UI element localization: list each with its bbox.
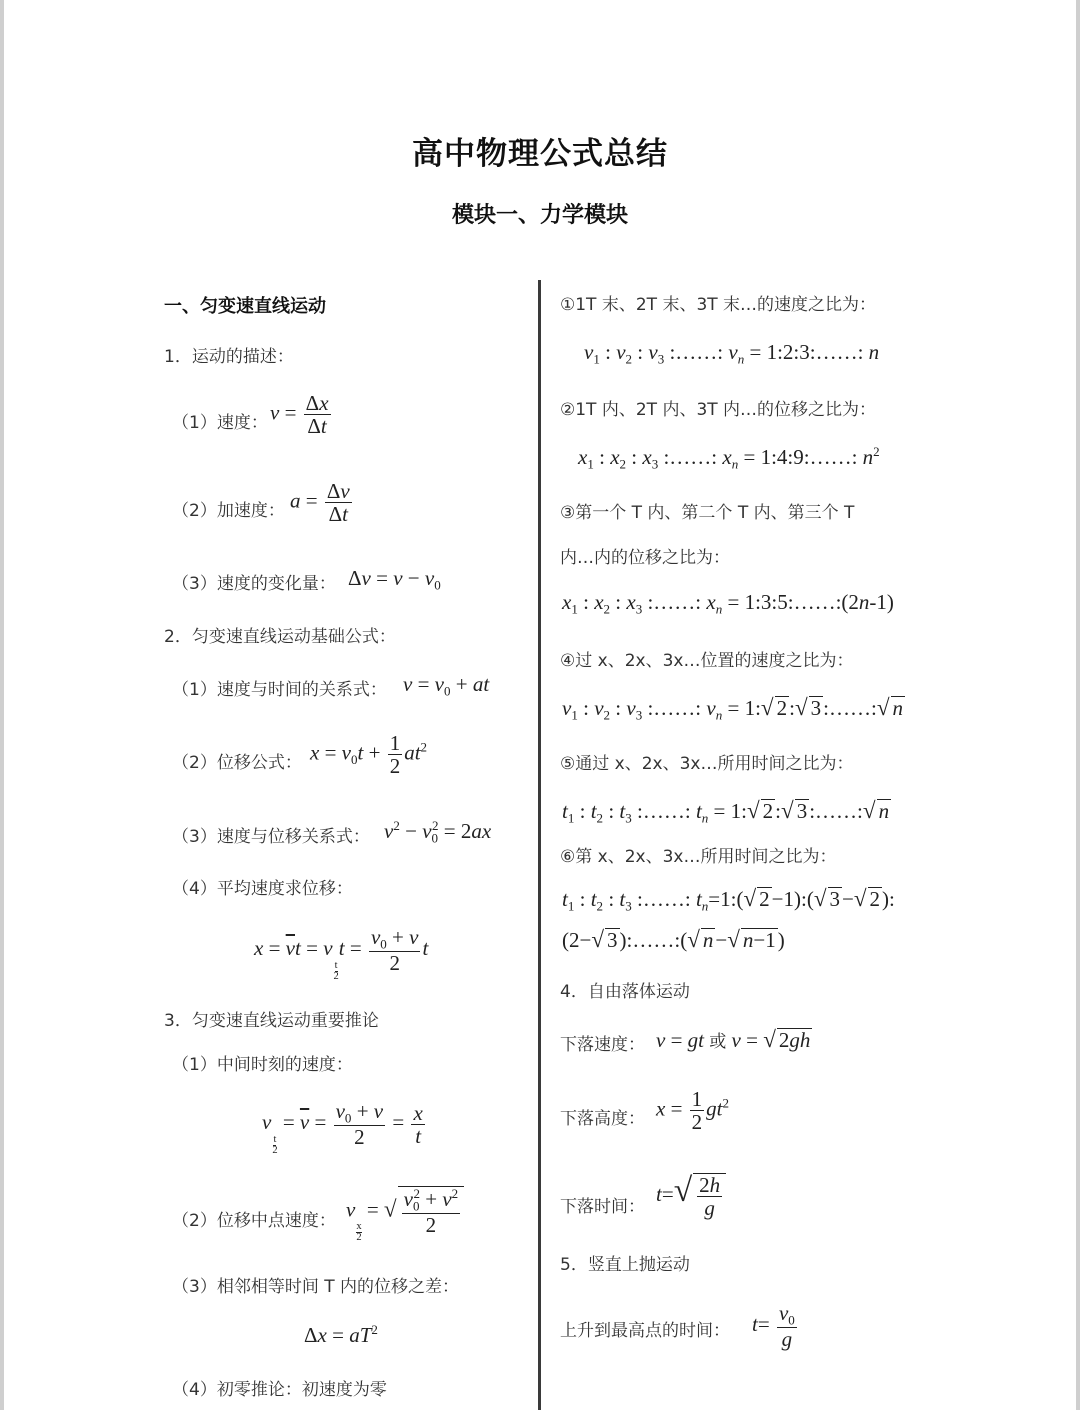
item-label: （4）初零推论：初速度为零 xyxy=(172,1375,387,1400)
subsection-heading-3: 3．匀变速直线运动重要推论 xyxy=(164,1006,379,1031)
formula-mid-position-velocity: vx2 = √v02 + v22 xyxy=(346,1186,464,1244)
section-heading: 一、匀变速直线运动 xyxy=(164,292,326,318)
formula-fall-velocity: v = gt 或 v = √2gh xyxy=(656,1026,812,1053)
ratio-label-2: ②1T 内、2T 内、3T 内…的位移之比为： xyxy=(560,395,876,420)
formula-velocity: v = ΔxΔt xyxy=(270,392,333,437)
item-label: （1）速度与时间的关系式： xyxy=(172,675,387,700)
item-label: （3）速度的变化量： xyxy=(172,569,336,594)
item-label: 下落时间： xyxy=(560,1192,645,1217)
item-label: （1）速度： xyxy=(172,408,268,433)
document-title: 高中物理公式总结 xyxy=(0,128,1080,173)
formula-velocity-displacement: v2 − v02 = 2ax xyxy=(384,818,491,846)
formula-velocity-time: v = v0 + at xyxy=(403,672,489,700)
formula-ratio-6-line1: t1 : t2 : t3 :……: tn=1:(√2−1):(√3−√2): xyxy=(562,885,895,915)
item-label: （2）位移公式： xyxy=(172,748,302,773)
formula-ratio-2: x1 : x2 : x3 :……: xn = 1:4:9:……: n2 xyxy=(578,444,880,472)
formula-displacement: x = v0t + 12at2 xyxy=(310,732,427,777)
formula-ratio-6-line2: (2−√3):……:(√n−√n−1) xyxy=(562,926,785,953)
formula-ratio-4: v1 : v2 : v3 :……: vn = 1:√2:√3:……:√n xyxy=(562,694,905,724)
column-divider xyxy=(538,280,541,1410)
ratio-label-6: ⑥第 x、2x、3x…所用时间之比为： xyxy=(560,842,836,867)
item-label: （4）平均速度求位移： xyxy=(172,874,353,899)
formula-ratio-5: t1 : t2 : t3 :……: tn = 1:√2:√3:……:√n xyxy=(562,797,891,827)
subsection-heading-4: 4．自由落体运动 xyxy=(560,977,690,1002)
item-label: （3）速度与位移关系式： xyxy=(172,822,370,847)
subsection-heading-5: 5．竖直上抛运动 xyxy=(560,1250,690,1275)
ratio-label-3-cont: 内…内的位移之比为： xyxy=(560,543,730,568)
formula-rise-time: t= v0g xyxy=(752,1302,799,1350)
formula-fall-time: t=√2hg xyxy=(656,1172,726,1219)
ratio-label-3: ③第一个 T 内、第二个 T 内、第三个 T xyxy=(560,498,854,523)
module-subtitle: 模块一、力学模块 xyxy=(0,198,1080,229)
formula-average-velocity: x = vt = vt2t = v0 + v2t xyxy=(254,926,428,983)
formula-ratio-3: x1 : x2 : x3 :……: xn = 1:3:5:……:(2n-1) xyxy=(562,590,894,618)
item-label: （1）中间时刻的速度： xyxy=(172,1050,353,1075)
formula-fall-height: x = 12gt2 xyxy=(656,1088,729,1133)
item-label: （2）位移中点速度： xyxy=(172,1206,336,1231)
formula-delta-v: Δv = v − v0 xyxy=(348,566,441,594)
subsection-heading-1: 1．运动的描述： xyxy=(164,342,294,367)
formula-ratio-1: v1 : v2 : v3 :……: vn = 1:2:3:……: n xyxy=(584,340,879,368)
item-label: （2）加速度： xyxy=(172,496,285,521)
subsection-heading-2: 2．匀变速直线运动基础公式： xyxy=(164,622,396,647)
formula-displacement-difference: Δx = aT2 xyxy=(304,1322,378,1348)
ratio-label-5: ⑤通过 x、2x、3x…所用时间之比为： xyxy=(560,749,853,774)
formula-acceleration: a = ΔvΔt xyxy=(290,480,354,525)
item-label: （3）相邻相等时间 T 内的位移之差： xyxy=(172,1272,459,1297)
item-label: 上升到最高点的时间： xyxy=(560,1316,730,1341)
ratio-label-1: ①1T 末、2T 末、3T 末…的速度之比为： xyxy=(560,290,876,315)
formula-mid-time-velocity: vt2 = v = v0 + v2 = xt xyxy=(262,1100,427,1157)
ratio-label-4: ④过 x、2x、3x…位置的速度之比为： xyxy=(560,646,853,671)
item-label: 下落高度： xyxy=(560,1104,645,1129)
item-label: 下落速度： xyxy=(560,1030,645,1055)
